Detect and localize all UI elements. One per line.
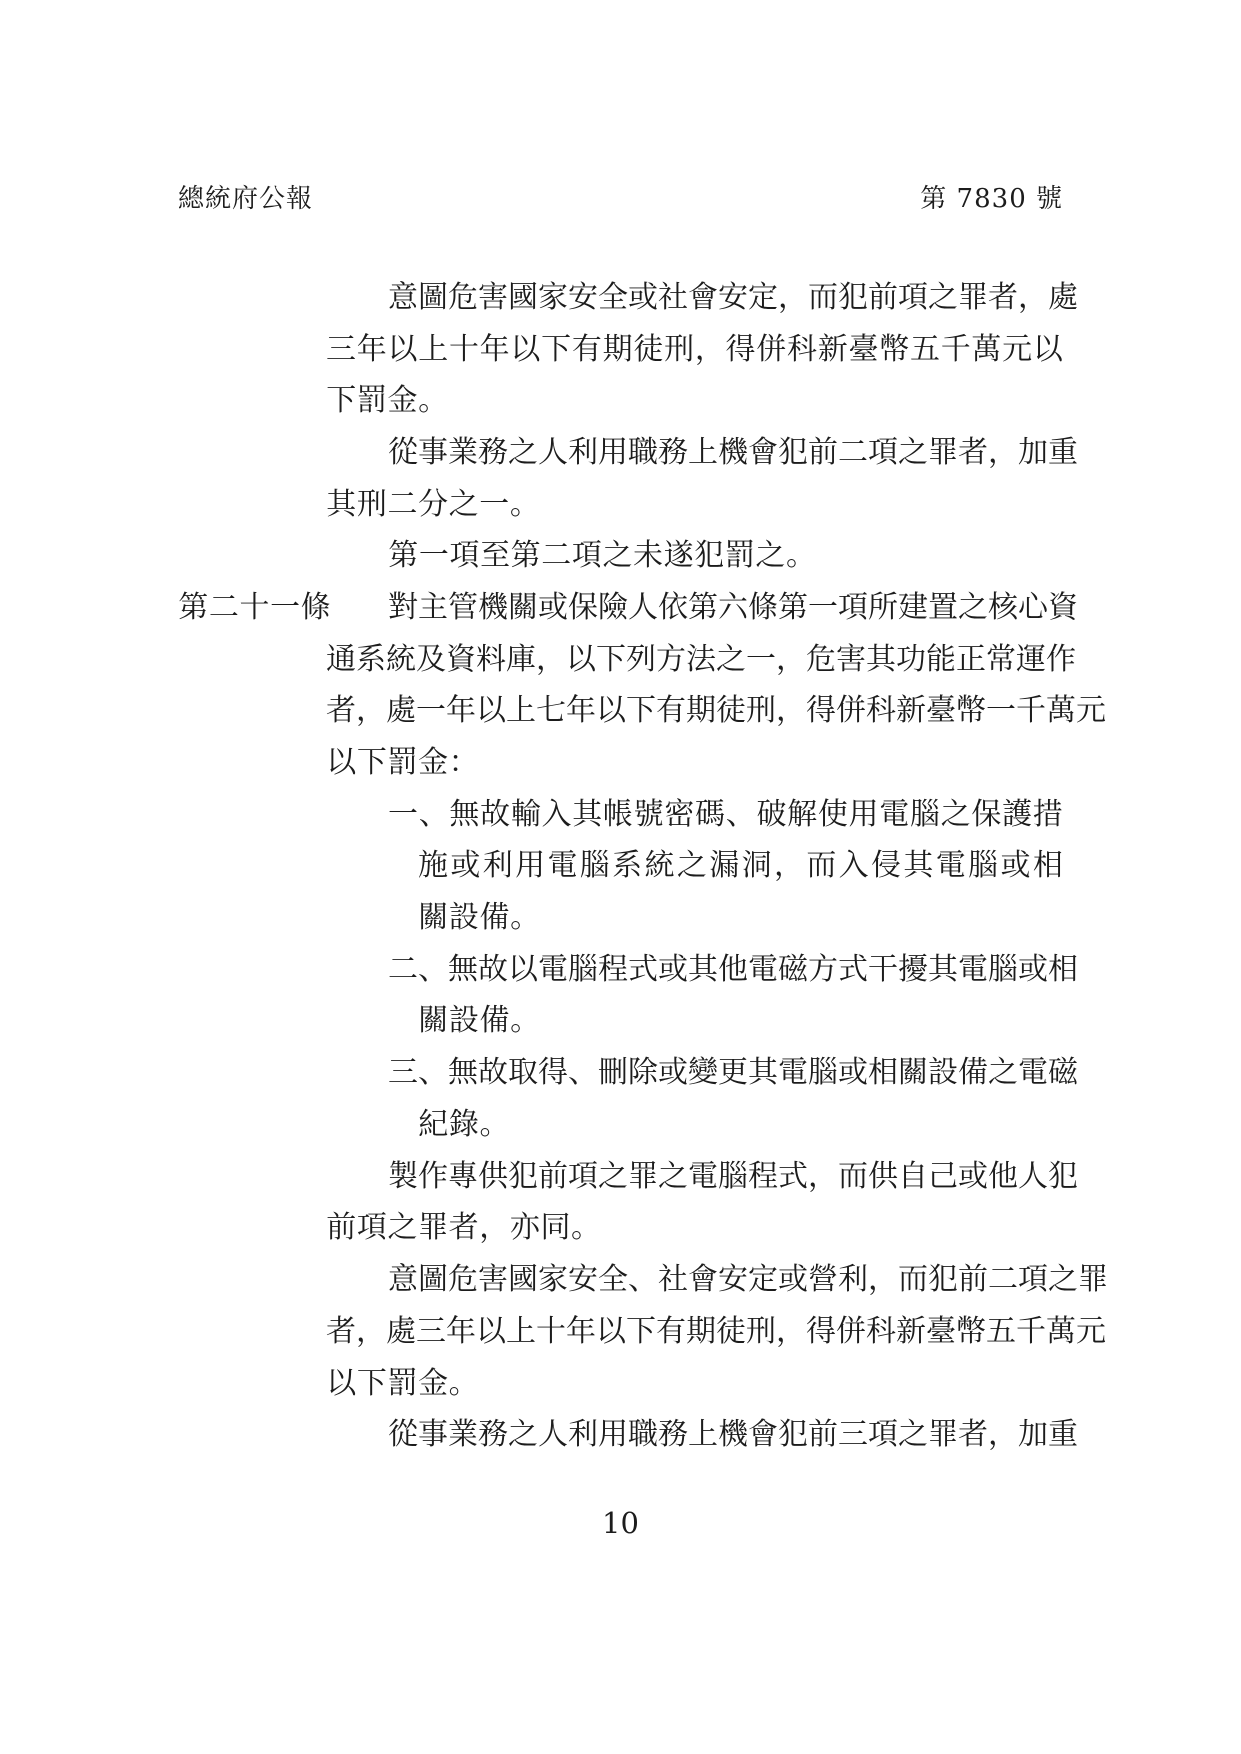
text-line: 以下罰金： (326, 744, 479, 782)
text-line: 施或利用電腦系統之漏洞，而入侵其電腦或相 (418, 847, 1063, 885)
text-line: 第一項至第二項之未遂犯罰之。 (388, 537, 816, 575)
text-line: 意圖危害國家安全、社會安定或營利，而犯前二項之罪 (388, 1261, 1063, 1299)
text-line: 第二十一條 (178, 589, 331, 627)
text-line: 二、無故以電腦程式或其他電磁方式干擾其電腦或相 (388, 951, 1063, 989)
text-line: 關設備。 (418, 899, 540, 937)
text-line: 下罰金。 (326, 382, 448, 420)
text-line: 關設備。 (418, 1002, 540, 1040)
header-issue-number: 第 7830 號 (920, 183, 1063, 215)
page-number: 10 (0, 1506, 1241, 1540)
text-line: 製作專供犯前項之罪之電腦程式，而供自己或他人犯 (388, 1158, 1063, 1196)
text-line: 者，處一年以上七年以下有期徒刑，得併科新臺幣一千萬元 (326, 692, 1063, 730)
text-line: 通系統及資料庫，以下列方法之一，危害其功能正常運作 (326, 641, 1063, 679)
text-line: 以下罰金。 (326, 1365, 479, 1403)
text-line: 三年以上十年以下有期徒刑，得併科新臺幣五千萬元以 (326, 331, 1063, 369)
header-publication-title: 總統府公報 (178, 183, 313, 215)
text-line: 從事業務之人利用職務上機會犯前三項之罪者，加重 (388, 1416, 1063, 1454)
text-line: 從事業務之人利用職務上機會犯前二項之罪者，加重 (388, 434, 1063, 472)
text-line: 其刑二分之一。 (326, 486, 540, 524)
text-line: 一、無故輸入其帳號密碼、破解使用電腦之保護措 (388, 796, 1063, 834)
gazette-page: 總統府公報 第 7830 號 意圖危害國家安全或社會安定，而犯前項之罪者，處三年… (0, 0, 1241, 1754)
text-line: 紀錄。 (418, 1106, 510, 1144)
text-line: 三、無故取得、刪除或變更其電腦或相關設備之電磁 (388, 1054, 1063, 1092)
text-line: 意圖危害國家安全或社會安定，而犯前項之罪者，處 (388, 279, 1063, 317)
text-line: 對主管機關或保險人依第六條第一項所建置之核心資 (388, 589, 1063, 627)
text-line: 前項之罪者，亦同。 (326, 1209, 601, 1247)
text-line: 者，處三年以上十年以下有期徒刑，得併科新臺幣五千萬元 (326, 1313, 1063, 1351)
